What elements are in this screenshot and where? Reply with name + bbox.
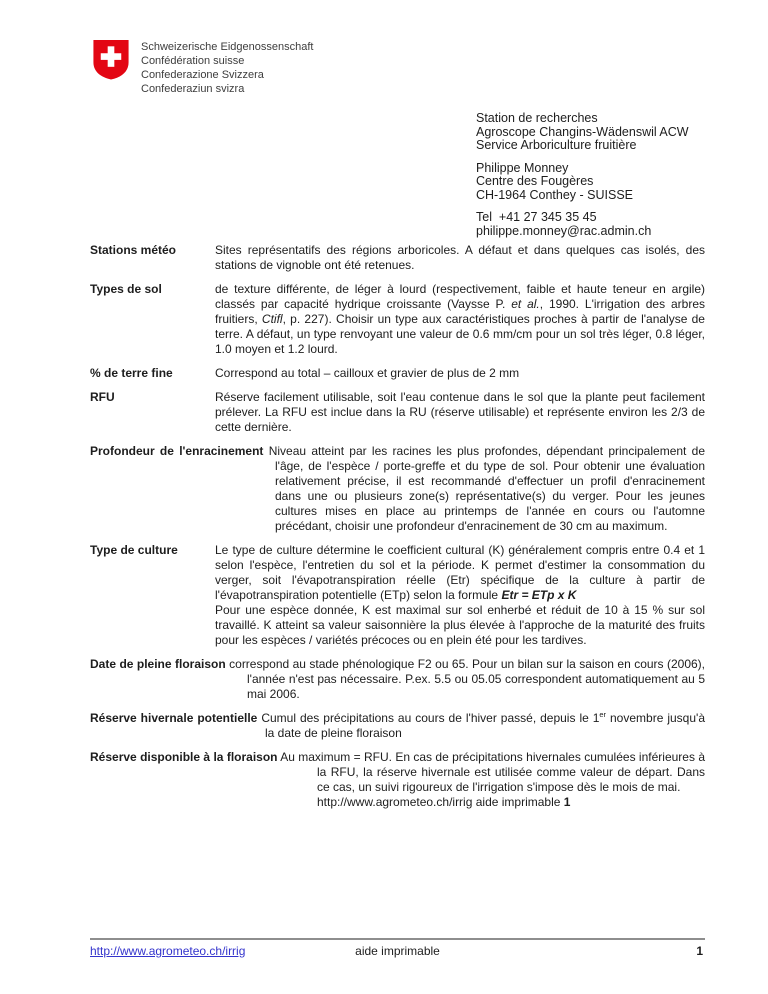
logo-line-rm: Confederaziun svizra bbox=[141, 82, 313, 96]
entry-text: Correspond au total – cailloux et gravie… bbox=[215, 366, 705, 381]
entry-text: correspond au stade phénologique F2 ou 6… bbox=[229, 657, 705, 701]
entry-label: Types de sol bbox=[90, 282, 215, 357]
entry-reserve-disponible: Réserve disponible à la floraison Au max… bbox=[90, 750, 705, 810]
address-email-line: philippe.monney@rac.admin.ch bbox=[476, 225, 689, 239]
entry-profondeur-enracinement: Profondeur de l'enracinement Niveau atte… bbox=[90, 444, 705, 534]
address-contact-line: CH-1964 Conthey - SUISSE bbox=[476, 189, 689, 203]
address-contact-line: Philippe Monney bbox=[476, 162, 689, 176]
address-block: Station de recherches Agroscope Changins… bbox=[476, 112, 689, 247]
entry-stations-meteo: Stations météo Sites représentatifs des … bbox=[90, 243, 705, 273]
swiss-shield-icon bbox=[92, 39, 130, 80]
logo-line-fr: Confédération suisse bbox=[141, 54, 313, 68]
address-contact-group: Philippe Monney Centre des Fougères CH-1… bbox=[476, 162, 689, 203]
confederation-wordmark: Schweizerische Eidgenossenschaft Confédé… bbox=[141, 39, 313, 96]
address-station-line: Service Arboriculture fruitière bbox=[476, 139, 689, 153]
entry-terre-fine: % de terre fine Correspond au total – ca… bbox=[90, 366, 705, 381]
entry-text: Réserve facilement utilisable, soit l'ea… bbox=[215, 390, 705, 435]
address-contact-line: Centre des Fougères bbox=[476, 175, 689, 189]
entry-label: % de terre fine bbox=[90, 366, 215, 381]
footer-divider bbox=[90, 938, 705, 940]
address-station-line: Station de recherches bbox=[476, 112, 689, 126]
glossary-content: Stations météo Sites représentatifs des … bbox=[90, 243, 705, 819]
entry-label: Réserve disponible à la floraison bbox=[90, 750, 278, 764]
entry-label: RFU bbox=[90, 390, 215, 435]
entry-text: Niveau atteint par les racines les plus … bbox=[269, 444, 705, 533]
entry-rfu: RFU Réserve facilement utilisable, soit … bbox=[90, 390, 705, 435]
entry-date-pleine-floraison: Date de pleine floraison correspond au s… bbox=[90, 657, 705, 702]
entry-text: Sites représentatifs des régions arboric… bbox=[215, 243, 705, 273]
entry-label: Réserve hivernale potentielle bbox=[90, 711, 257, 725]
footer-page-number: 1 bbox=[696, 944, 703, 958]
entry-label: Date de pleine floraison bbox=[90, 657, 226, 671]
footer: aide imprimable http://www.agrometeo.ch/… bbox=[90, 944, 705, 960]
entry-text: de texture différente, de léger à lourd … bbox=[215, 282, 705, 357]
address-station-line: Agroscope Changins-Wädenswil ACW bbox=[476, 126, 689, 140]
logo-line-de: Schweizerische Eidgenossenschaft bbox=[141, 40, 313, 54]
entry-type-de-culture: Type de culture Le type de culture déter… bbox=[90, 543, 705, 648]
document-page: Schweizerische Eidgenossenschaft Confédé… bbox=[0, 0, 768, 994]
swiss-federal-logo: Schweizerische Eidgenossenschaft Confédé… bbox=[92, 39, 313, 96]
entry-text: Le type de culture détermine le coeffici… bbox=[215, 543, 705, 648]
entry-types-de-sol: Types de sol de texture différente, de l… bbox=[90, 282, 705, 357]
entry-text: Cumul des précipitations au cours de l'h… bbox=[261, 711, 705, 740]
entry-label: Profondeur de l'enracinement bbox=[90, 444, 263, 458]
footer-url-link[interactable]: http://www.agrometeo.ch/irrig bbox=[90, 944, 245, 958]
entry-label: Type de culture bbox=[90, 543, 215, 648]
logo-line-it: Confederazione Svizzera bbox=[141, 68, 313, 82]
address-tel-group: Tel +41 27 345 35 45 philippe.monney@rac… bbox=[476, 211, 689, 238]
address-station-group: Station de recherches Agroscope Changins… bbox=[476, 112, 689, 153]
address-tel-line: Tel +41 27 345 35 45 bbox=[476, 211, 689, 225]
entry-label: Stations météo bbox=[90, 243, 215, 273]
entry-reserve-hivernale: Réserve hivernale potentielle Cumul des … bbox=[90, 711, 705, 741]
entry-text: Au maximum = RFU. En cas de précipitatio… bbox=[280, 750, 705, 809]
